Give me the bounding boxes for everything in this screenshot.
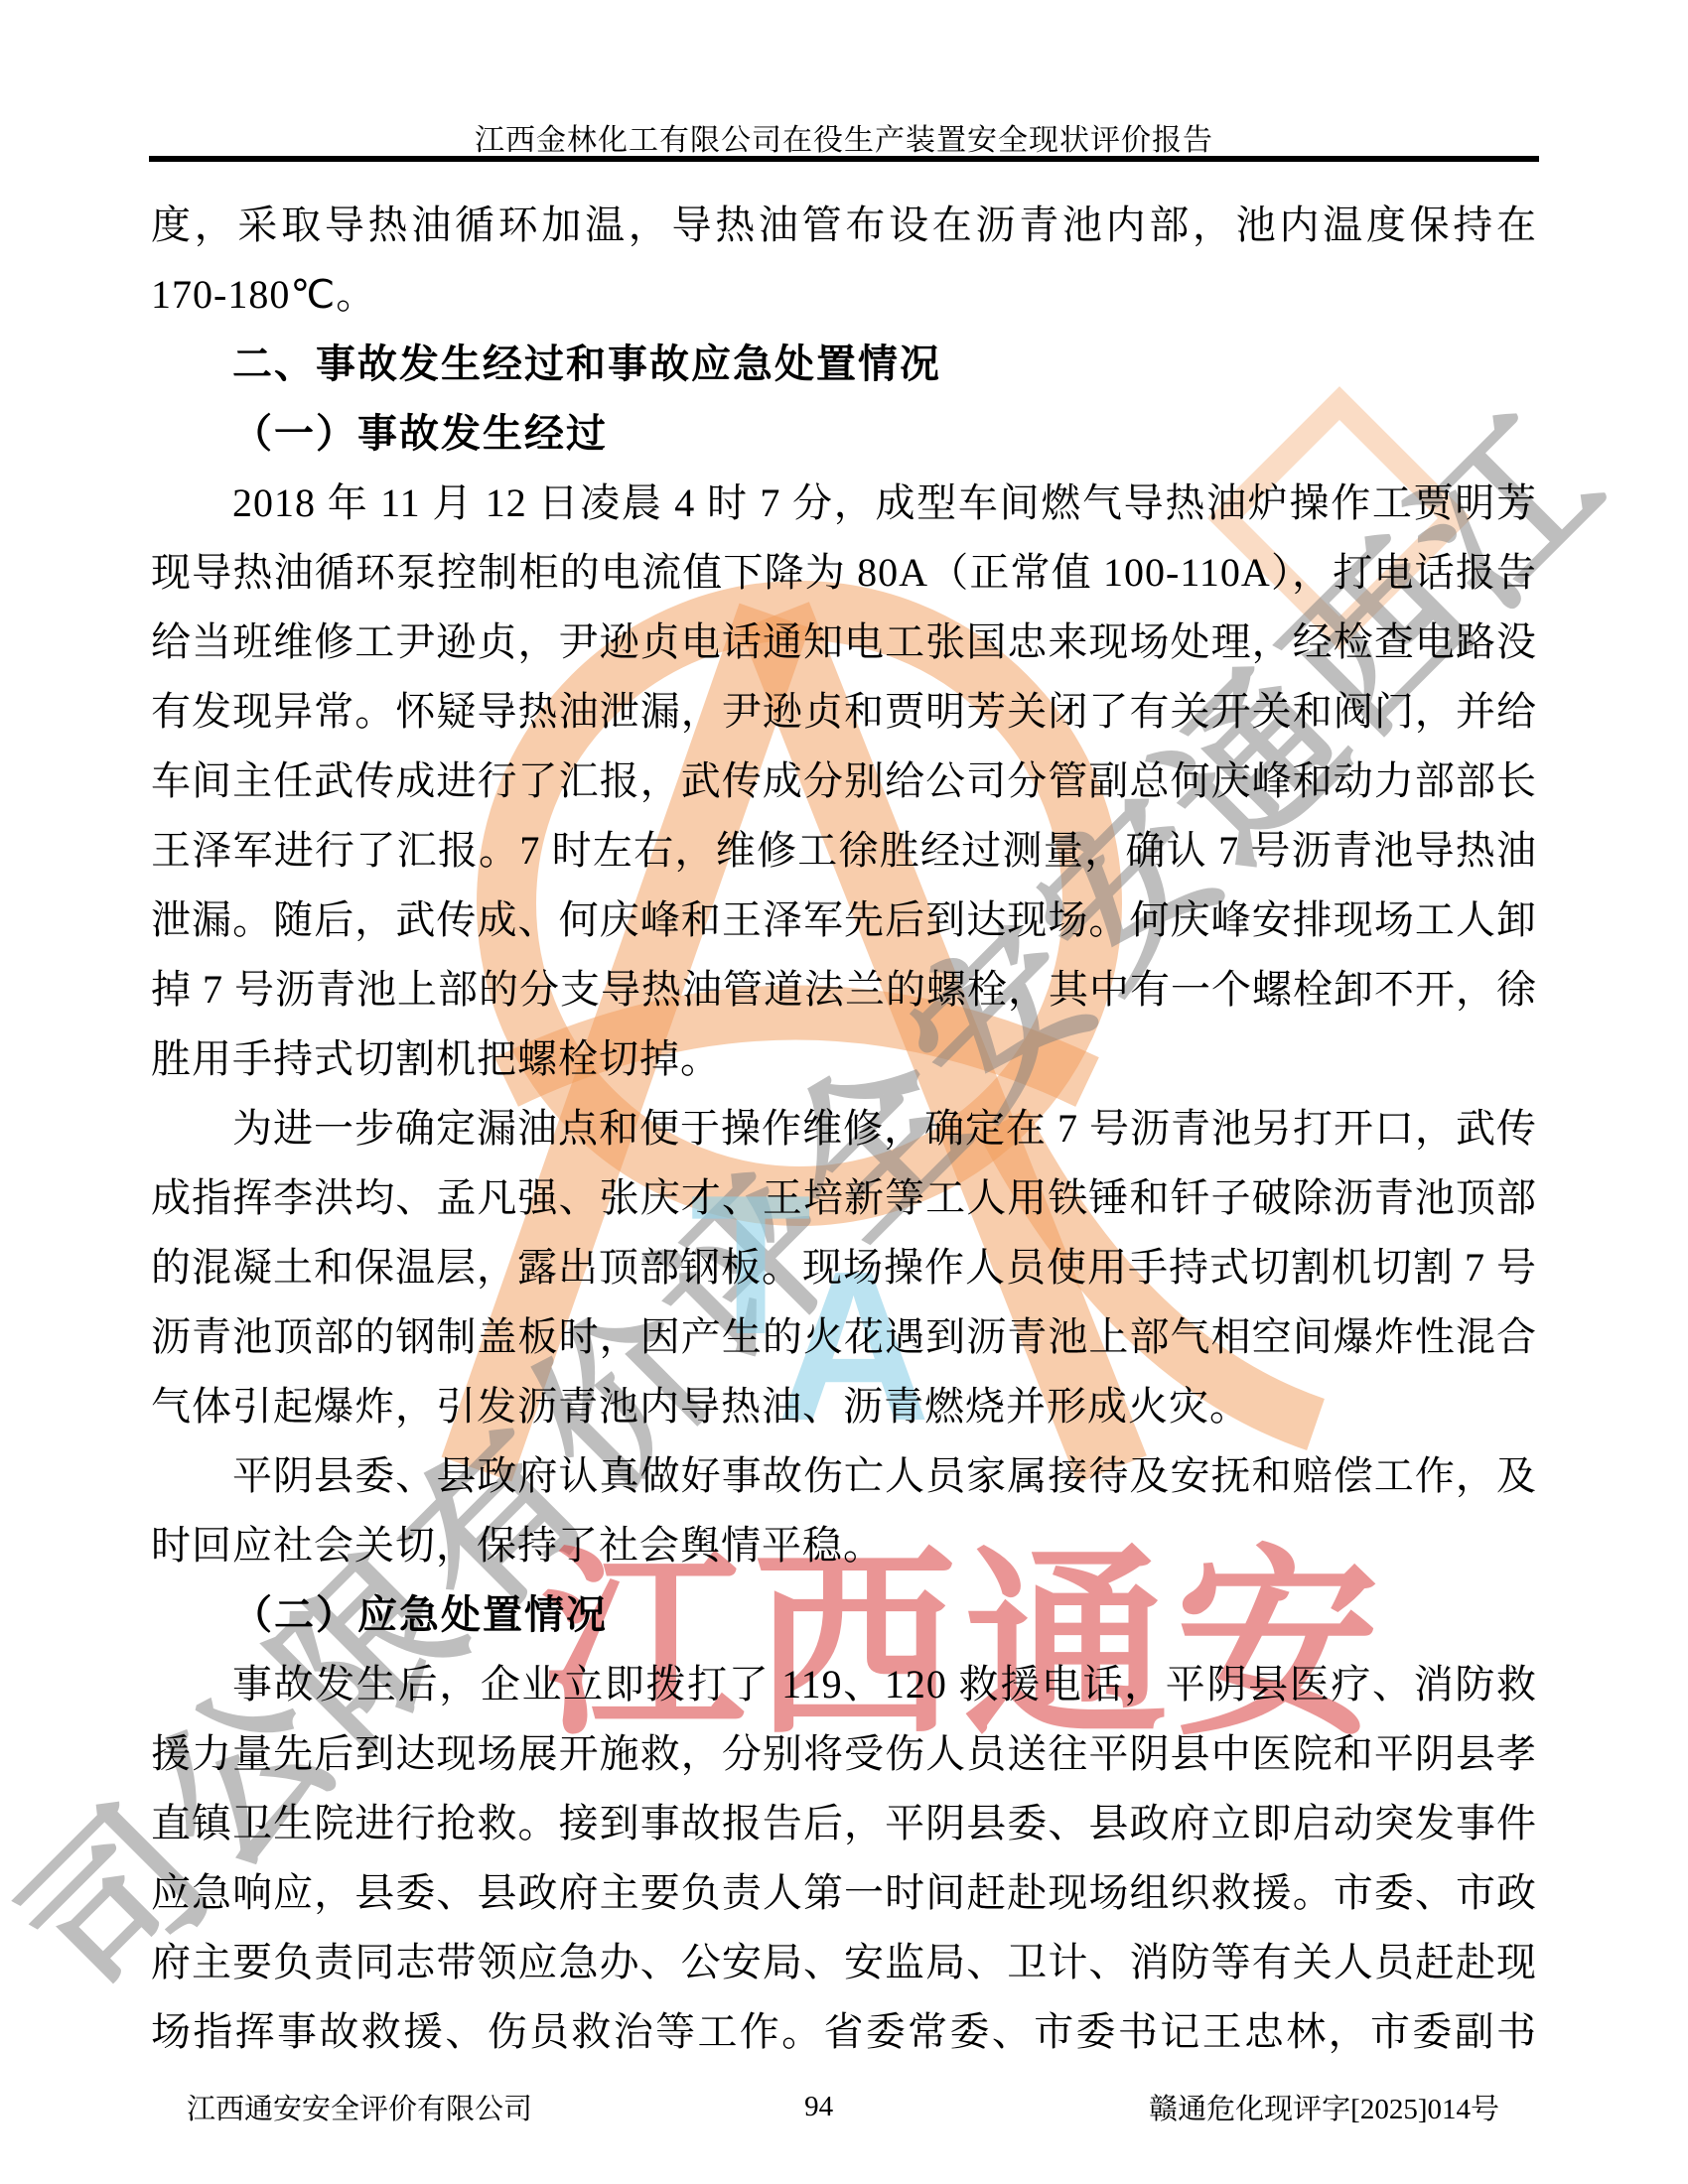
text-line: 车间主任武传成进行了汇报，武传成分别给公司分管副总何庆峰和动力部部长: [151, 747, 1537, 816]
header-rule: [149, 156, 1539, 162]
text-line: 平阴县委、县政府认真做好事故伤亡人员家属接待及安抚和赔偿工作，及: [151, 1441, 1537, 1511]
text-line: 应急响应，县委、县政府主要负责人第一时间赶赴现场组织救援。市委、市政: [151, 1858, 1537, 1928]
text-line: 为进一步确定漏油点和便于操作维修，确定在 7 号沥青池另打开口，武传: [151, 1094, 1537, 1163]
footer-page-number: 94: [804, 2091, 833, 2123]
text-line: 时回应社会关切，保持了社会舆情平稳。: [151, 1511, 1537, 1580]
text-line: 现导热油循环泵控制柜的电流值下降为 80A（正常值 100-110A），打电话报…: [151, 538, 1537, 608]
page-header-title: 江西金林化工有限公司在役生产装置安全现状评价报告: [0, 115, 1688, 159]
text-line: 事故发生后，企业立即拨打了 119、120 救援电话，平阴县医疗、消防救: [151, 1650, 1537, 1719]
footer-doc-number: 赣通危化现评字[2025]014号: [1149, 2087, 1537, 2127]
text-line: 沥青池顶部的钢制盖板时，因产生的火花遇到沥青池上部气相空间爆炸性混合: [151, 1302, 1537, 1372]
text-line: 府主要负责同志带领应急办、公安局、安监局、卫计、消防等有关人员赶赴现: [151, 1928, 1537, 1997]
text-line: 气体引起爆炸，引发沥青池内导热油、沥青燃烧并形成火灾。: [151, 1372, 1537, 1441]
report-page: 司公限有价评全安安通西江 T A 江西通安 江西金林化工有限公司在役生产装置安全…: [0, 0, 1688, 2184]
text-line: 掉 7 号沥青池上部的分支导热油管道法兰的螺栓，其中有一个螺栓卸不开，徐: [151, 955, 1537, 1024]
text-line: 的混凝土和保温层，露出顶部钢板。现场操作人员使用手持式切割机切割 7 号: [151, 1233, 1537, 1302]
section-heading-line: （一）事故发生经过: [151, 399, 1537, 469]
text-line: 2018 年 11 月 12 日凌晨 4 时 7 分，成型车间燃气导热油炉操作工…: [151, 469, 1537, 538]
text-line: 有发现异常。怀疑导热油泄漏，尹逊贞和贾明芳关闭了有关开关和阀门，并给: [151, 677, 1537, 747]
section-heading-line: 二、事故发生经过和事故应急处置情况: [151, 330, 1537, 399]
document-body: 度，采取导热油循环加温，导热油管布设在沥青池内部，池内温度保持在170-180℃…: [151, 191, 1537, 2067]
text-line: 援力量先后到达现场展开施救，分别将受伤人员送往平阴县中医院和平阴县孝: [151, 1719, 1537, 1789]
text-line: 场指挥事故救援、伤员救治等工作。省委常委、市委书记王忠林，市委副书记、: [151, 1997, 1537, 2067]
text-line: 王泽军进行了汇报。7 时左右，维修工徐胜经过测量，确认 7 号沥青池导热油: [151, 816, 1537, 886]
text-line: 直镇卫生院进行抢救。接到事故报告后，平阴县委、县政府立即启动突发事件: [151, 1789, 1537, 1858]
page-footer: 江西通安安全评价有限公司 94 赣通危化现评字[2025]014号: [151, 2087, 1537, 2127]
text-line: 度，采取导热油循环加温，导热油管布设在沥青池内部，池内温度保持在: [151, 191, 1537, 260]
section-heading-line: （二）应急处置情况: [151, 1580, 1537, 1650]
text-line: 170-180℃。: [151, 260, 1537, 330]
text-line: 给当班维修工尹逊贞，尹逊贞电话通知电工张国忠来现场处理，经检查电路没: [151, 608, 1537, 677]
text-line: 泄漏。随后，武传成、何庆峰和王泽军先后到达现场。何庆峰安排现场工人卸: [151, 886, 1537, 955]
text-line: 胜用手持式切割机把螺栓切掉。: [151, 1024, 1537, 1094]
text-line: 成指挥李洪均、孟凡强、张庆才、王培新等工人用铁锤和钎子破除沥青池顶部: [151, 1163, 1537, 1233]
footer-company-name: 江西通安安全评价有限公司: [151, 2087, 532, 2127]
